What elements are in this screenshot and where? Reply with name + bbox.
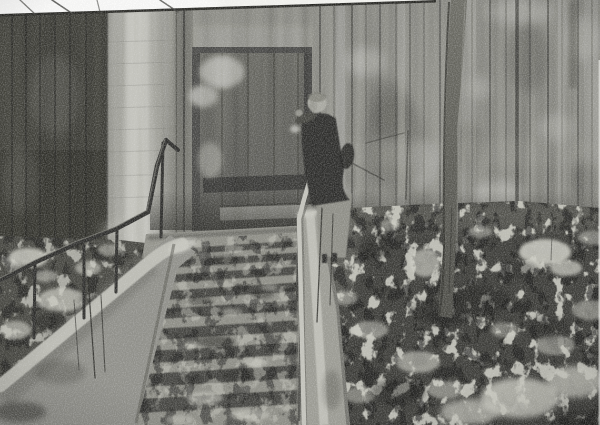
photo-bw-stairs — [0, 0, 600, 425]
film-grain-overlay — [0, 0, 600, 425]
